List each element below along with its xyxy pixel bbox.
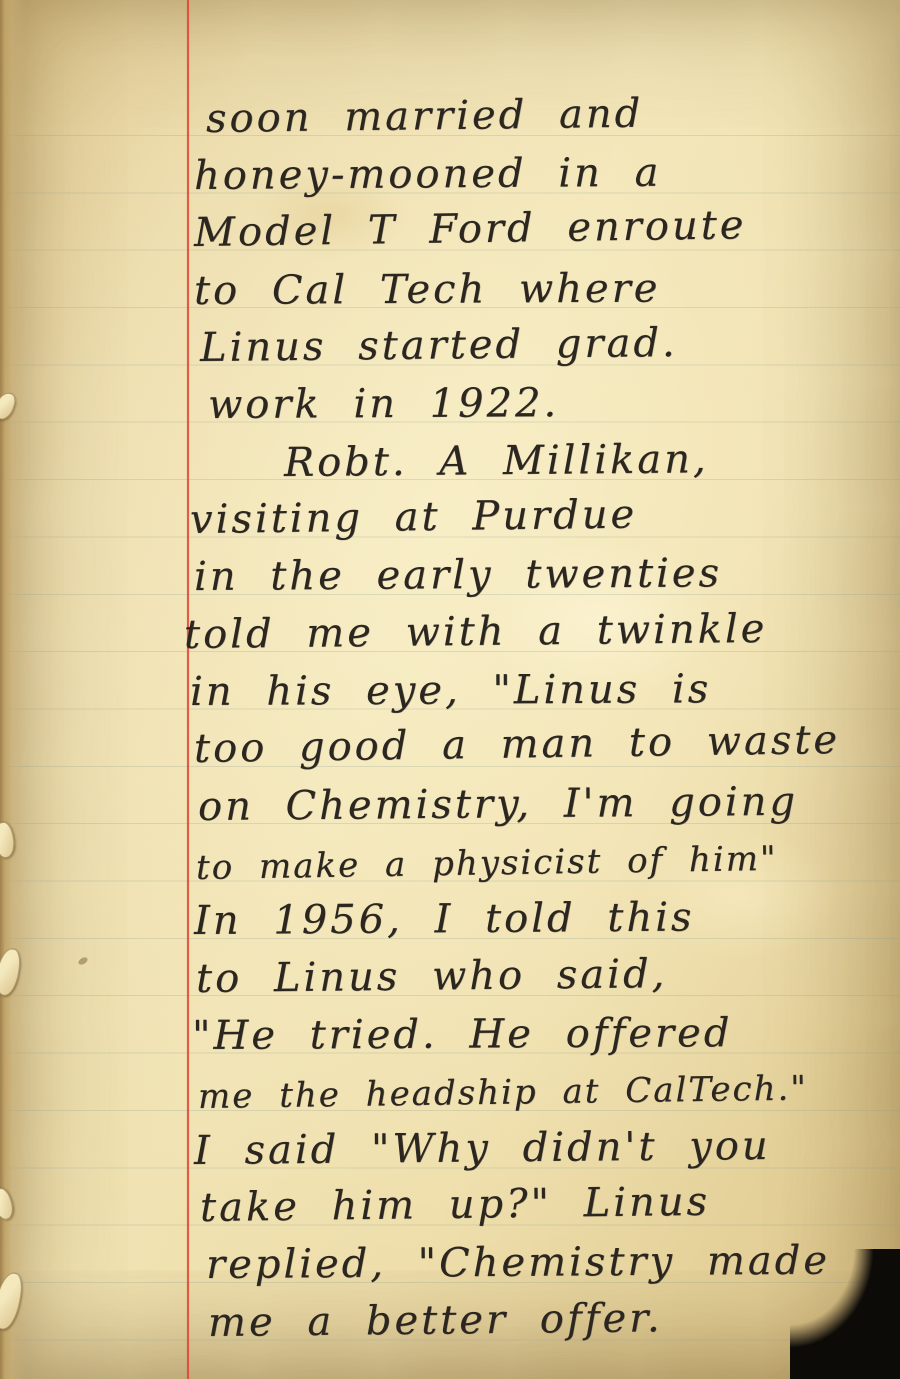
handwriting-line: replied, "Chemistry made: [206, 1238, 830, 1288]
handwriting-line: Model T Ford enroute: [194, 202, 747, 256]
handwriting-line: to make a physicist of him": [196, 839, 778, 888]
handwritten-text-block: soon married and honey-mooned in a Model…: [0, 0, 900, 1379]
handwriting-line: Robt. A Millikan,: [284, 436, 709, 486]
handwriting-line: visiting at Purdue: [190, 492, 638, 543]
notebook-photo: soon married and honey-mooned in a Model…: [0, 0, 900, 1379]
handwriting-line: in his eye, "Linus is: [190, 666, 712, 715]
handwriting-line: work in 1922.: [208, 380, 559, 428]
handwriting-line: too good a man to waste: [194, 717, 841, 772]
handwriting-line: me a better offer.: [208, 1295, 663, 1346]
handwriting-line: to Linus who said,: [196, 951, 668, 1002]
handwriting-line: Linus started grad.: [200, 320, 678, 371]
handwriting-line: on Chemistry, I'm going: [198, 779, 798, 830]
notebook-page: soon married and honey-mooned in a Model…: [0, 0, 900, 1379]
handwriting-line: soon married and: [206, 91, 644, 142]
handwriting-line: in the early twenties: [194, 550, 722, 600]
handwriting-line: I said "Why didn't you: [194, 1123, 771, 1174]
handwriting-line: honey-mooned in a: [194, 150, 662, 199]
photo-corner-shadow: [790, 1249, 900, 1379]
handwriting-line: me the headship at CalTech.": [198, 1068, 808, 1117]
handwriting-line: "He tried. He offered: [192, 1010, 733, 1059]
handwriting-line: In 1956, I told this: [194, 895, 695, 944]
handwriting-line: take him up?" Linus: [200, 1179, 711, 1231]
handwriting-line: to Cal Tech where: [194, 266, 661, 314]
handwriting-line: told me with a twinkle: [184, 606, 768, 658]
